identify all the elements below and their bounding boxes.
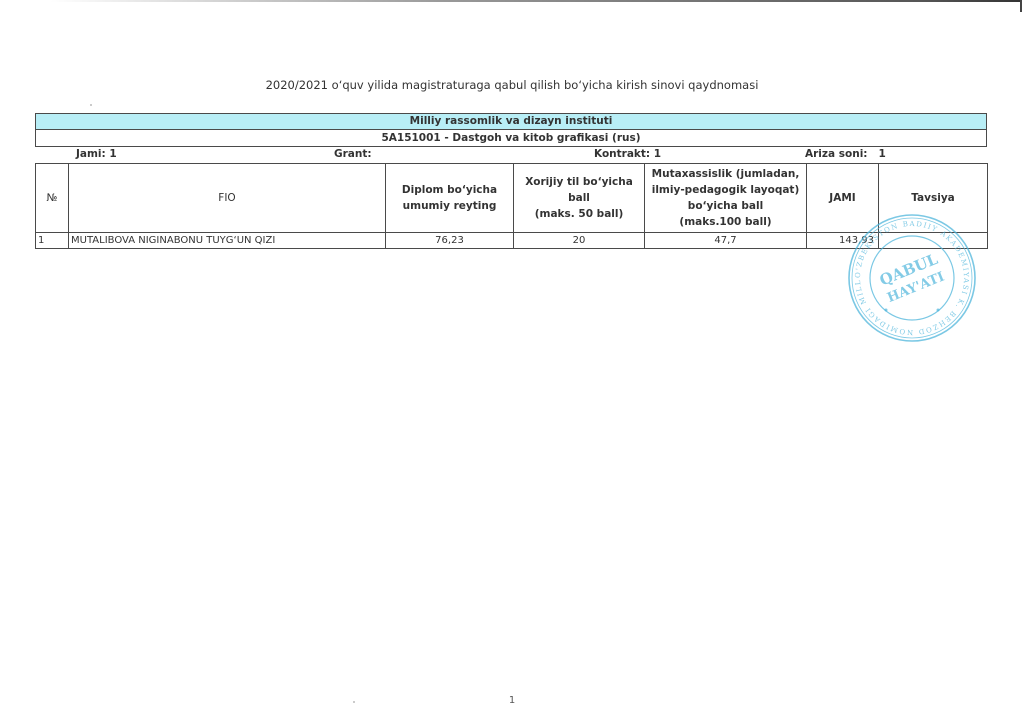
col-header-fio: FIO (69, 164, 386, 233)
scan-speck (90, 104, 92, 106)
col-header-specialty-score: Mutaxassislik (jumladan, ilmiy-pedagogik… (645, 164, 807, 233)
summary-applications: Ariza soni: 1 (805, 148, 886, 160)
institute-band: Milliy rassomlik va dizayn instituti (35, 113, 987, 130)
summary-contract: Kontrakt: 1 (594, 148, 661, 160)
col-header-diploma: Diplom bo‘yicha umumiy reyting (386, 164, 514, 233)
cell-specialty-score: 47,7 (645, 233, 807, 249)
scan-edge-top (50, 0, 1022, 2)
col-header-specialty-line4: (maks.100 ball) (645, 214, 806, 230)
col-header-specialty-line3: bo‘yicha ball (645, 198, 806, 214)
document-title: 2020/2021 o‘quv yilida magistraturaga qa… (0, 78, 1024, 92)
cell-number: 1 (36, 233, 69, 249)
col-header-foreign-language: Xorijiy til bo‘yicha ball (maks. 50 ball… (514, 164, 645, 233)
col-header-specialty-line1: Mutaxassislik (jumladan, (645, 166, 806, 182)
col-header-foreign-line2: (maks. 50 ball) (514, 206, 644, 222)
col-header-diploma-line1: Diplom bo‘yicha (386, 182, 513, 198)
specialty-band: 5A151001 - Dastgoh va kitob grafikasi (r… (35, 129, 987, 147)
cell-diploma: 76,23 (386, 233, 514, 249)
table-row: 1 MUTALIBOVA NIGINABONU TUYG‘UN QIZI 76,… (36, 233, 988, 249)
col-header-diploma-line2: umumiy reyting (386, 198, 513, 214)
col-header-foreign-line1: Xorijiy til bo‘yicha ball (514, 174, 644, 206)
page-number: 1 (0, 695, 1024, 706)
col-header-number: № (36, 164, 69, 233)
cell-foreign-language: 20 (514, 233, 645, 249)
col-header-specialty-line2: ilmiy-pedagogik layoqat) (645, 182, 806, 198)
table-header-row: № FIO Diplom bo‘yicha umumiy reyting Xor… (36, 164, 988, 233)
summary-total: Jami: 1 (76, 148, 117, 160)
scan-edge-right (1020, 0, 1022, 12)
admission-committee-stamp-icon: O'ZBEKISTON BADIIY AKADEMIYASI K. BEHZOD… (846, 212, 978, 344)
summary-grant: Grant: (334, 148, 372, 160)
cell-fio: MUTALIBOVA NIGINABONU TUYG‘UN QIZI (69, 233, 386, 249)
